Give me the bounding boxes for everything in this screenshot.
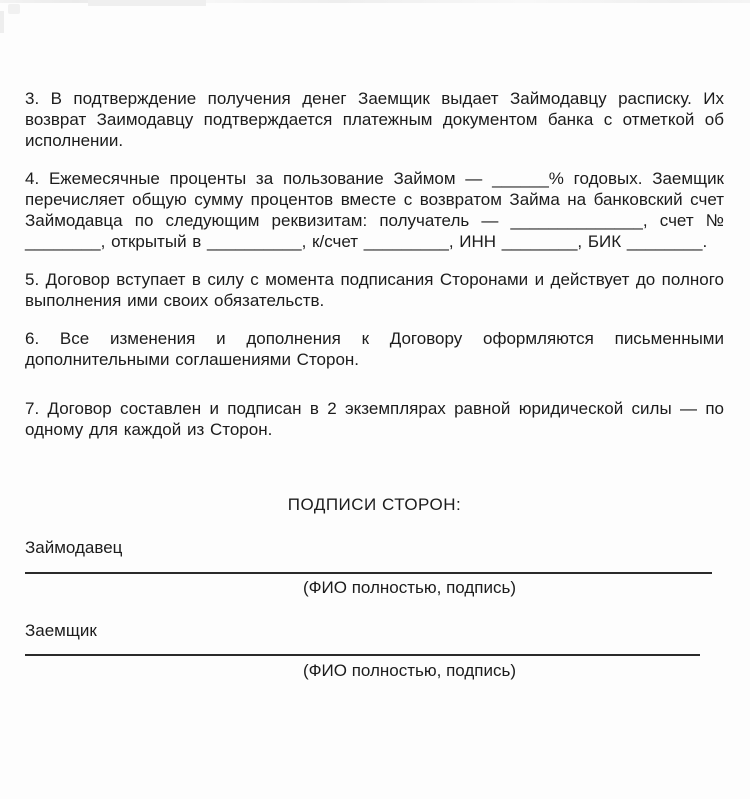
- clause-5-entry-into-force: 5. Договор вступает в силу с момента под…: [25, 269, 724, 311]
- borrower-role-label: Заемщик: [25, 620, 724, 641]
- lender-signature-line: [25, 572, 712, 574]
- scan-artifact-top-edge: [0, 0, 750, 3]
- scan-artifact-smudge: [88, 0, 206, 6]
- contract-body: 3. В подтверждение получения денег Заемщ…: [25, 88, 724, 681]
- clause-7-copies: 7. Договор составлен и подписан в 2 экзе…: [25, 398, 724, 440]
- clause-4-interest-and-bank-details: 4. Ежемесячные проценты за пользование З…: [25, 168, 724, 252]
- signature-block-lender: Займодавец (ФИО полностью, подпись): [25, 537, 724, 598]
- scan-artifact-smudge: [8, 4, 20, 14]
- scanned-document-page: 3. В подтверждение получения денег Заемщ…: [0, 0, 750, 799]
- scan-artifact-left-edge: [0, 11, 4, 33]
- borrower-signature-line: [25, 654, 700, 656]
- lender-signature-caption: (ФИО полностью, подпись): [95, 577, 724, 598]
- signature-block-borrower: Заемщик (ФИО полностью, подпись): [25, 620, 724, 681]
- borrower-signature-caption: (ФИО полностью, подпись): [95, 660, 724, 681]
- clause-3-receipt-confirmation: 3. В подтверждение получения денег Заемщ…: [25, 88, 724, 151]
- signatures-heading: ПОДПИСИ СТОРОН:: [25, 494, 724, 515]
- lender-role-label: Займодавец: [25, 537, 724, 558]
- clause-6-amendments: 6. Все изменения и дополнения к Договору…: [25, 328, 724, 370]
